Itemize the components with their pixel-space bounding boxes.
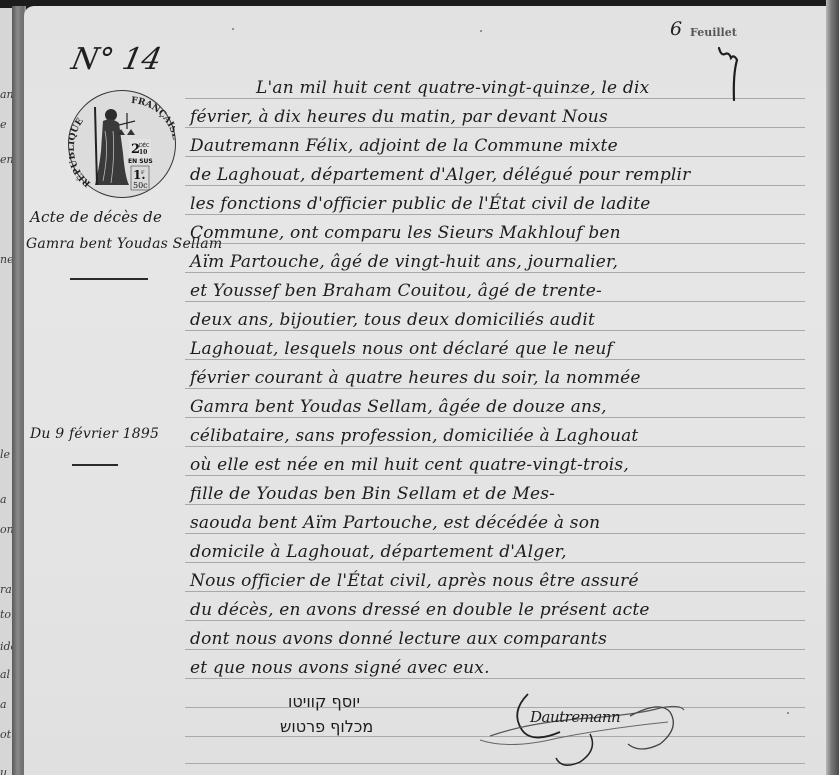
body-line: Dautremann Félix, adjoint de la Commune … bbox=[190, 136, 618, 156]
feuillet-pen-mark-icon bbox=[717, 44, 741, 102]
body-line: deux ans, bijoutier, tous deux domicilié… bbox=[190, 310, 595, 330]
marianne-justice-stamp-icon: RÉPUBLIQUE FRANÇAISE 2 DÉC 10 EN SUS 1. … bbox=[69, 91, 175, 197]
body-line: et Youssef ben Braham Couitou, âgé de tr… bbox=[190, 281, 602, 301]
svg-text:50c: 50c bbox=[133, 181, 148, 190]
officer-signature-name: Dautremann bbox=[530, 708, 620, 726]
paper-speck bbox=[787, 712, 789, 714]
margin-date-dash bbox=[72, 464, 118, 466]
revenue-stamp: RÉPUBLIQUE FRANÇAISE 2 DÉC 10 EN SUS 1. … bbox=[68, 90, 176, 198]
body-line: février courant à quatre heures du soir,… bbox=[190, 368, 641, 388]
body-line: L'an mil huit cent quatre-vingt-quinze, … bbox=[256, 78, 649, 98]
witness-signatures: יוסף קוויטו מכלוף פרטוש bbox=[280, 692, 373, 736]
facing-page-fragment: a bbox=[0, 698, 7, 711]
facing-page-fragment: ot bbox=[0, 728, 11, 741]
record-number: N° 14 bbox=[68, 42, 164, 77]
officer-signature: Dautremann bbox=[470, 688, 710, 774]
facing-page-fragment: a bbox=[0, 493, 7, 506]
body-line: dont nous avons donné lecture aux compar… bbox=[190, 629, 607, 649]
facing-page-fragment: ra bbox=[0, 583, 12, 596]
body-line: février, à dix heures du matin, par deva… bbox=[190, 107, 608, 127]
facing-page-fragment: le bbox=[0, 448, 10, 461]
svg-text:10: 10 bbox=[139, 149, 147, 156]
paper-speck bbox=[480, 30, 482, 32]
body-line: Commune, ont comparu les Sieurs Makhlouf… bbox=[190, 223, 621, 243]
body-line: où elle est née en mil huit cent quatre-… bbox=[190, 455, 629, 475]
body-line: Laghouat, lesquels nous ont déclaré que … bbox=[190, 339, 613, 359]
svg-text:FRANÇAISE: FRANÇAISE bbox=[131, 96, 175, 141]
facing-page-fragment: e bbox=[0, 118, 7, 131]
body-line: saouda bent Aïm Partouche, est décédée à… bbox=[190, 513, 600, 533]
body-line: du décès, en avons dressé en double le p… bbox=[190, 600, 650, 620]
svg-text:F: F bbox=[141, 170, 145, 176]
body-line: et que nous avons signé avec eux. bbox=[190, 658, 490, 678]
paper-speck bbox=[232, 28, 234, 30]
margin-title-underline bbox=[70, 278, 148, 280]
officer-signature-flourish-icon bbox=[470, 688, 710, 770]
body-line: de Laghouat, département d'Alger, délégu… bbox=[190, 165, 691, 185]
body-line: domicile à Laghouat, département d'Alger… bbox=[190, 542, 567, 562]
witness-signature-hebrew-2: מכלוף פרטוש bbox=[280, 717, 373, 736]
feuillet-number: 6 bbox=[670, 18, 682, 40]
facing-page-fragment: u bbox=[0, 766, 7, 775]
svg-text:EN SUS: EN SUS bbox=[128, 158, 153, 165]
witness-signature-hebrew-1: יוסף קוויטו bbox=[288, 692, 373, 711]
scanned-register-page: ant e en ne le a oni ra ton ide al a ot … bbox=[0, 0, 839, 775]
body-line: Aïm Partouche, âgé de vingt-huit ans, jo… bbox=[190, 252, 618, 272]
margin-date-note: Du 9 février 1895 bbox=[30, 426, 159, 442]
body-line: fille de Youdas ben Bin Sellam et de Mes… bbox=[190, 484, 555, 504]
body-line: Nous officier de l'État civil, après nou… bbox=[190, 571, 639, 591]
facing-page-fragment: al bbox=[0, 668, 10, 681]
body-line: Gamra bent Youdas Sellam, âgée de douze … bbox=[190, 397, 607, 417]
svg-text:DÉC: DÉC bbox=[139, 141, 150, 149]
feuillet-label: Feuillet bbox=[690, 26, 737, 39]
svg-text:RÉPUBLIQUE: RÉPUBLIQUE bbox=[69, 117, 93, 189]
margin-title-line-1: Acte de décès de bbox=[30, 208, 162, 226]
page-right-edge bbox=[826, 0, 839, 775]
body-line: les fonctions d'officier public de l'Éta… bbox=[190, 194, 651, 214]
body-line: célibataire, sans profession, domiciliée… bbox=[190, 426, 638, 446]
